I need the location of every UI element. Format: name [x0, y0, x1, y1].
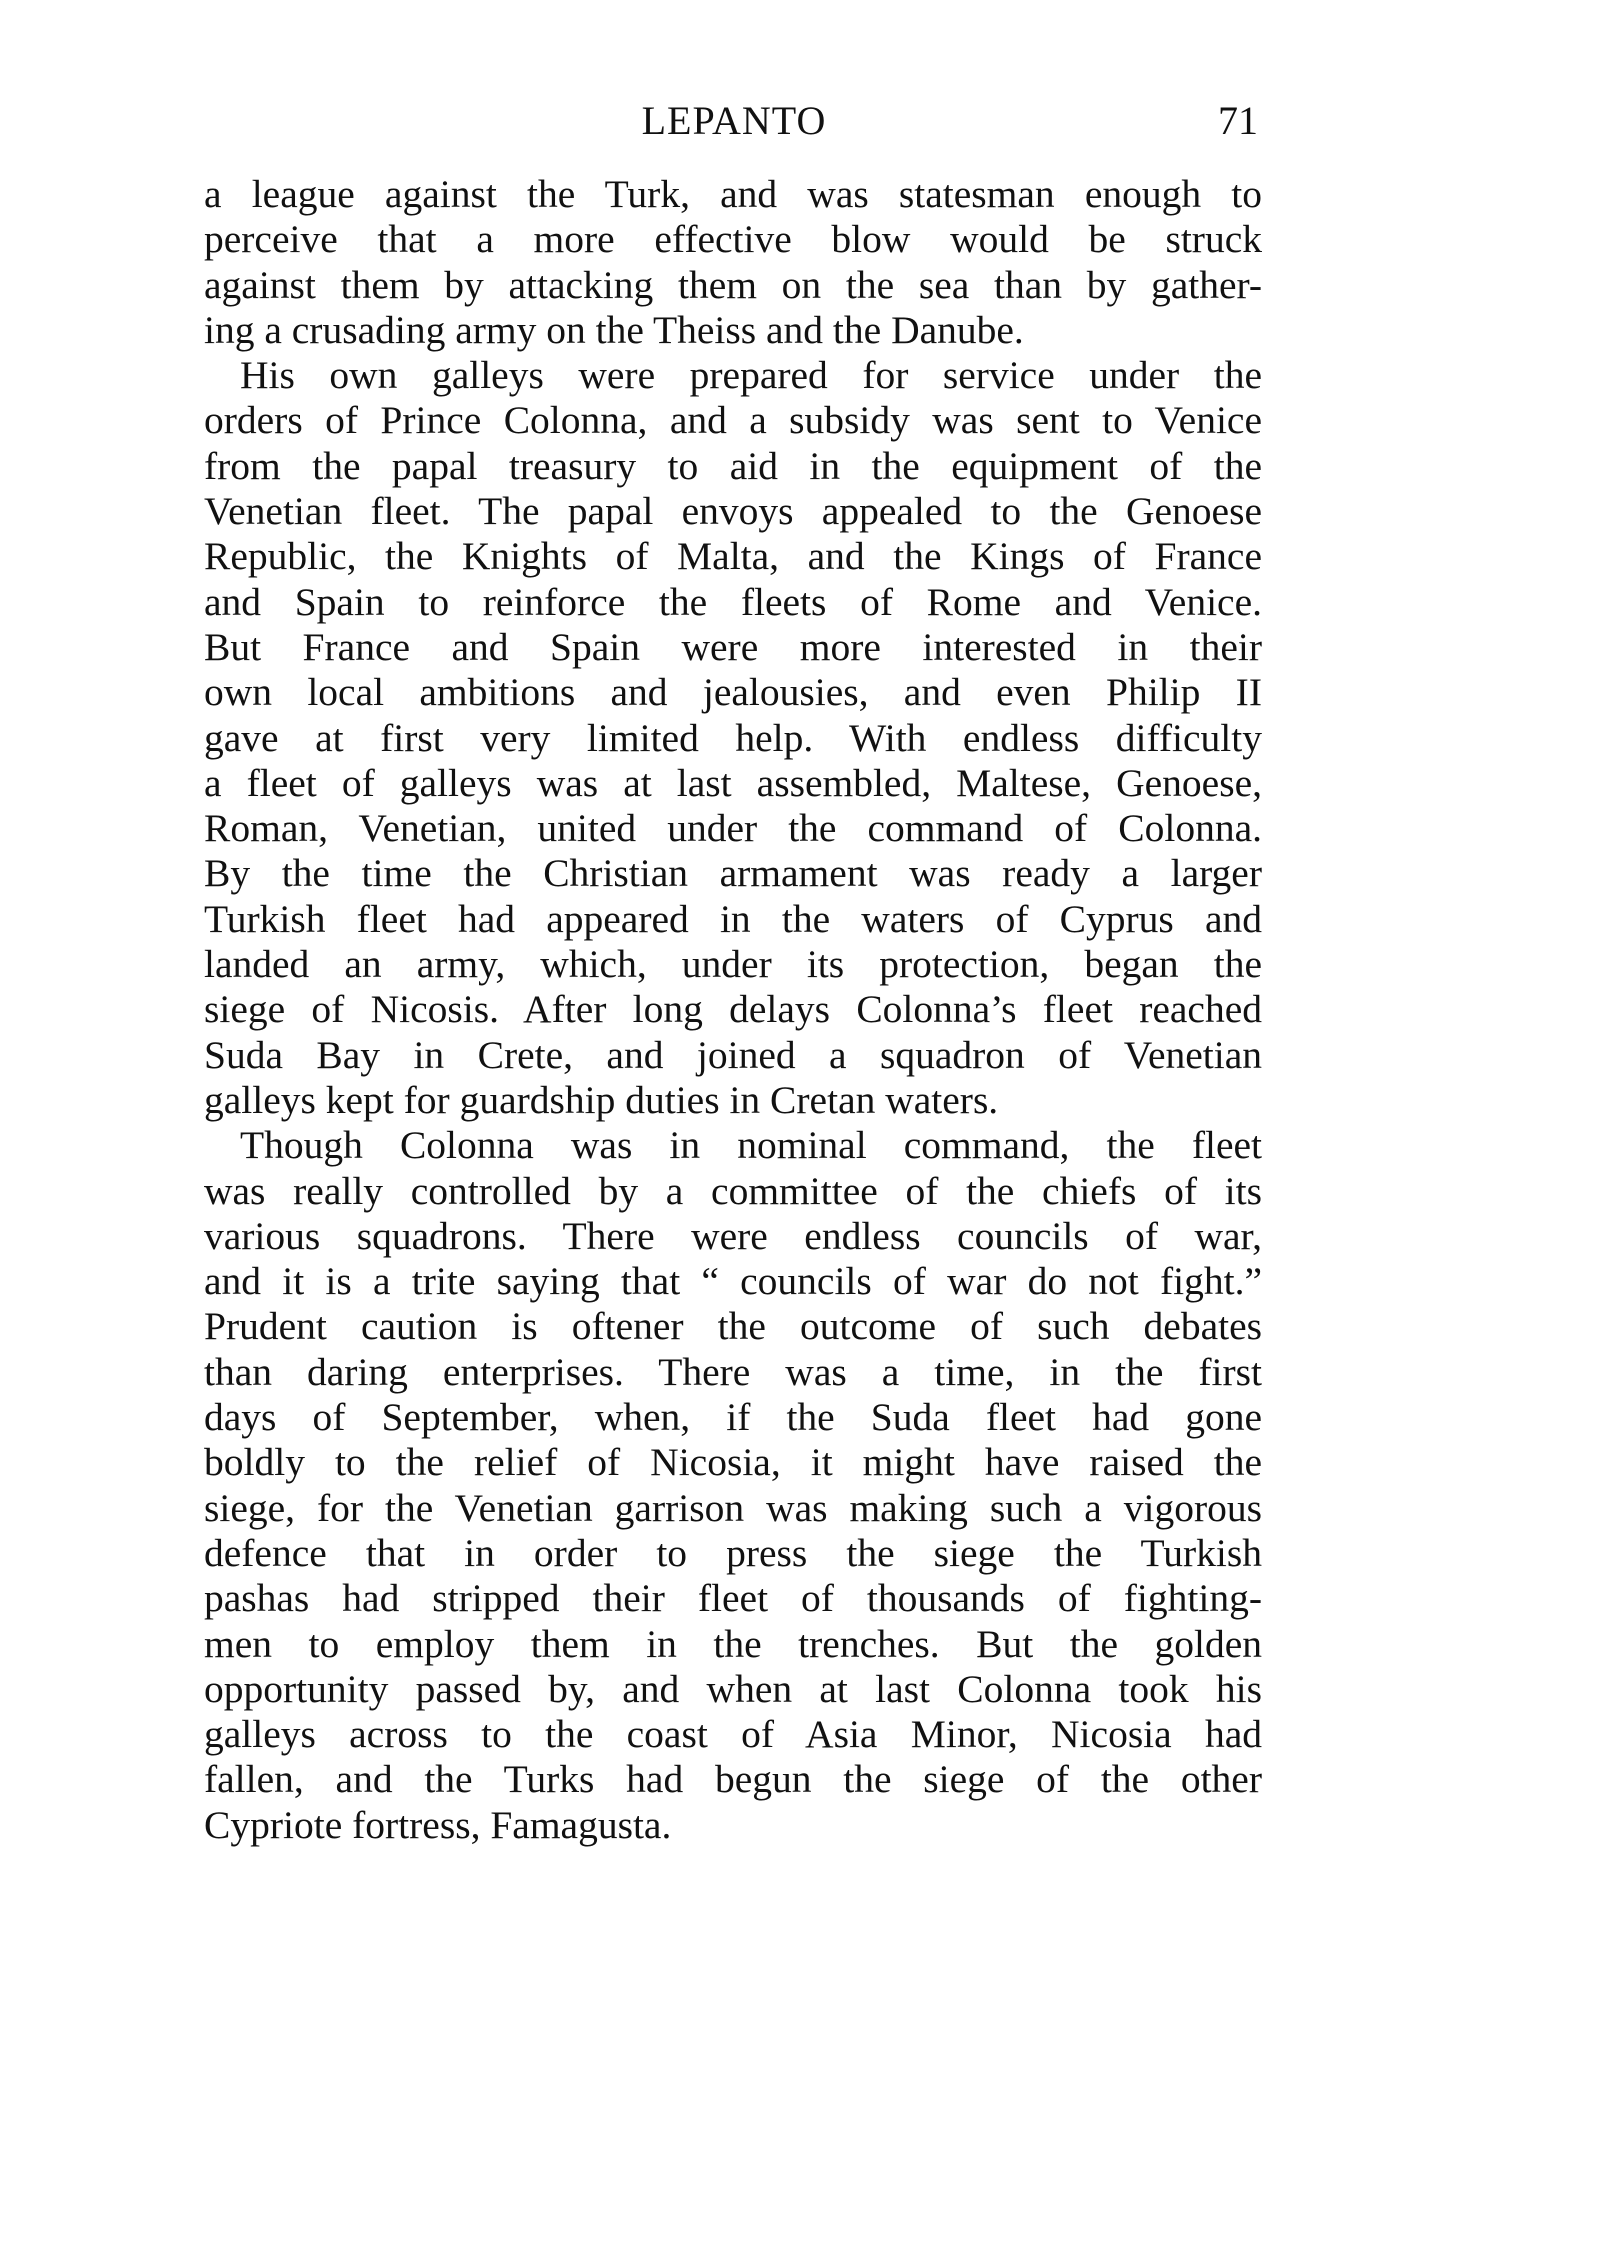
- running-head: LEPANTO 71: [204, 96, 1258, 146]
- text-line: fallen, and the Turks had begun the sieg…: [204, 1757, 1262, 1802]
- text-line: Republic, the Knights of Malta, and the …: [204, 534, 1262, 579]
- text-line: gave at first very limited help. With en…: [204, 716, 1262, 761]
- text-line: against them by attacking them on the se…: [204, 263, 1262, 308]
- text-line: Venetian fleet. The papal envoys appeale…: [204, 489, 1262, 534]
- text-line: various squadrons. There were endless co…: [204, 1214, 1262, 1259]
- running-title: LEPANTO: [204, 96, 1258, 146]
- text-line: siege of Nicosis. After long delays Colo…: [204, 987, 1262, 1032]
- paragraph-1: a league against the Turk, and was state…: [204, 172, 1262, 353]
- page-number: 71: [1218, 96, 1258, 146]
- text-line: days of September, when, if the Suda fle…: [204, 1395, 1262, 1440]
- book-page: LEPANTO 71 a league against the Turk, an…: [0, 0, 1620, 2254]
- text-line: a league against the Turk, and was state…: [204, 172, 1262, 217]
- text-line: defence that in order to press the siege…: [204, 1531, 1262, 1576]
- text-line: boldly to the relief of Nicosia, it migh…: [204, 1440, 1262, 1485]
- text-line: landed an army, which, under its protect…: [204, 942, 1262, 987]
- text-line: By the time the Christian armament was r…: [204, 851, 1262, 896]
- text-line: Roman, Venetian, united under the comman…: [204, 806, 1262, 851]
- text-line: was really controlled by a committee of …: [204, 1169, 1262, 1214]
- text-line: His own galleys were prepared for servic…: [204, 353, 1262, 398]
- text-line: siege, for the Venetian garrison was mak…: [204, 1486, 1262, 1531]
- text-line: opportunity passed by, and when at last …: [204, 1667, 1262, 1712]
- text-line: and Spain to reinforce the fleets of Rom…: [204, 580, 1262, 625]
- text-line: a fleet of galleys was at last assembled…: [204, 761, 1262, 806]
- text-line: Prudent caution is oftener the outcome o…: [204, 1304, 1262, 1349]
- text-line: Turkish fleet had appeared in the waters…: [204, 897, 1262, 942]
- text-line: ing a crusading army on the Theiss and t…: [204, 308, 1262, 353]
- text-line: pashas had stripped their fleet of thous…: [204, 1576, 1262, 1621]
- text-line: galleys across to the coast of Asia Mino…: [204, 1712, 1262, 1757]
- text-line: orders of Prince Colonna, and a subsidy …: [204, 398, 1262, 443]
- body-text: a league against the Turk, and was state…: [204, 172, 1262, 1848]
- text-line: perceive that a more effective blow woul…: [204, 217, 1262, 262]
- paragraph-3: Though Colonna was in nominal command, t…: [204, 1123, 1262, 1848]
- text-line: Suda Bay in Crete, and joined a squadron…: [204, 1033, 1262, 1078]
- text-line: men to employ them in the trenches. But …: [204, 1622, 1262, 1667]
- text-line: Though Colonna was in nominal command, t…: [204, 1123, 1262, 1168]
- text-line: and it is a trite saying that “ councils…: [204, 1259, 1262, 1304]
- text-line: own local ambitions and jealousies, and …: [204, 670, 1262, 715]
- paragraph-2: His own galleys were prepared for servic…: [204, 353, 1262, 1123]
- text-line: Cypriote fortress, Famagusta.: [204, 1803, 1262, 1848]
- text-line: than daring enterprises. There was a tim…: [204, 1350, 1262, 1395]
- text-line: from the papal treasury to aid in the eq…: [204, 444, 1262, 489]
- text-line: But France and Spain were more intereste…: [204, 625, 1262, 670]
- text-line: galleys kept for guardship duties in Cre…: [204, 1078, 1262, 1123]
